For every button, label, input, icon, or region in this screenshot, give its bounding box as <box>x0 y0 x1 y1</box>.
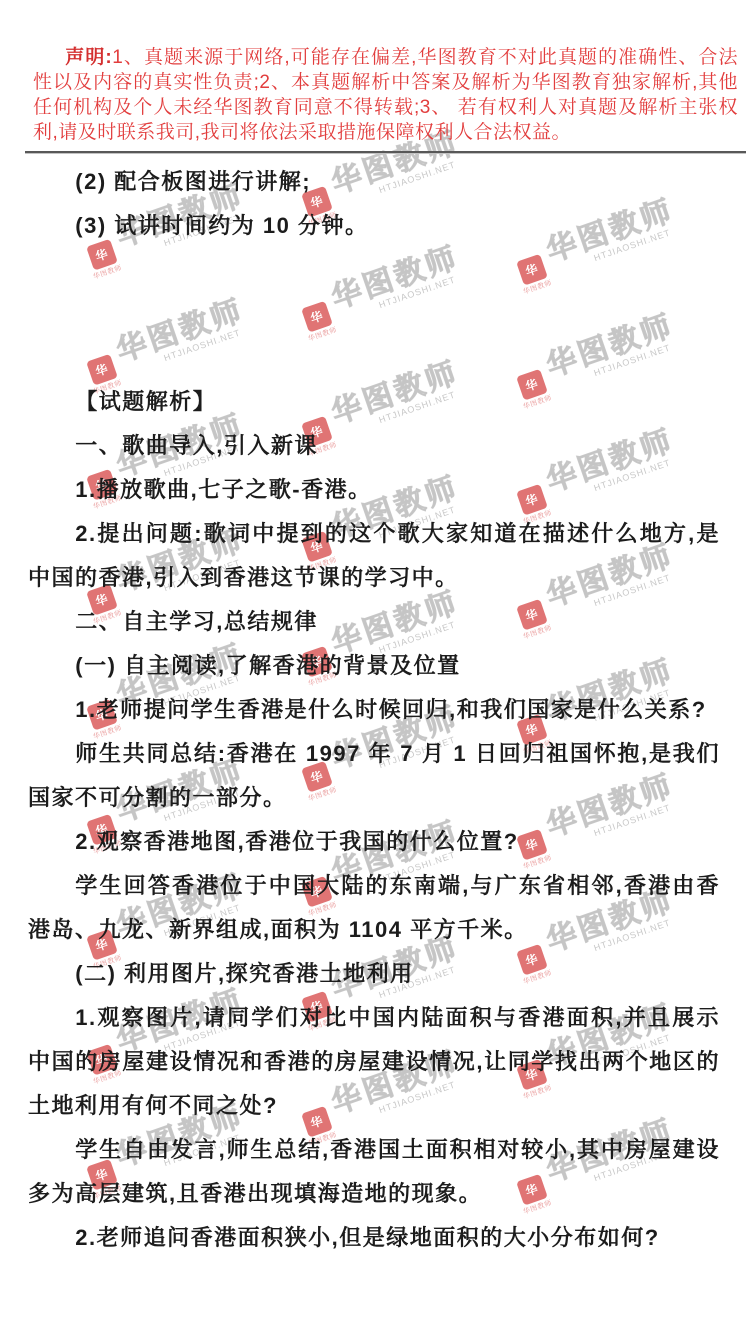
document-page: 华华图教师华图教师HTJIAOSHI.NET华华图教师华图教师HTJIAOSHI… <box>0 0 748 1335</box>
body-paragraph: (一) 自主阅读,了解香港的背景及位置 <box>28 644 720 688</box>
body-paragraph: 二、自主学习,总结规律 <box>28 600 720 644</box>
body-paragraph: 学生回答香港位于中国大陆的东南端,与广东省相邻,香港由香港岛、九龙、新界组成,面… <box>28 864 720 952</box>
disclaimer: 声明:1、真题来源于网络,可能存在偏差,华图教育不对此真题的准确性、合法性以及内… <box>33 0 738 145</box>
body-paragraph: 2.提出问题:歌词中提到的这个歌大家知道在描述什么地方,是中国的香港,引入到香港… <box>28 512 720 600</box>
body-paragraph: 学生自由发言,师生总结,香港国土面积相对较小,其中房屋建设多为高层建筑,且香港出… <box>28 1128 720 1216</box>
document-body: (2) 配合板图进行讲解;(3) 试讲时间约为 10 分钟。【试题解析】一、歌曲… <box>28 154 720 1260</box>
body-paragraph: (2) 配合板图进行讲解; <box>28 160 720 204</box>
body-paragraph: (二) 利用图片,探究香港土地利用 <box>28 952 720 996</box>
body-paragraph: 1.观察图片,请同学们对比中国内陆面积与香港面积,并且展示中国的房屋建设情况和香… <box>28 996 720 1128</box>
body-paragraph: 2.观察香港地图,香港位于我国的什么位置? <box>28 820 720 864</box>
body-paragraph: 1.老师提问学生香港是什么时候回归,和我们国家是什么关系? <box>28 688 720 732</box>
disclaimer-label: 声明: <box>65 47 112 68</box>
body-paragraph: 【试题解析】 <box>28 380 720 424</box>
disclaimer-text: 1、真题来源于网络,可能存在偏差,华图教育不对此真题的准确性、合法性以及内容的真… <box>33 47 738 143</box>
body-paragraph: 师生共同总结:香港在 1997 年 7 月 1 日回归祖国怀抱,是我们国家不可分… <box>28 732 720 820</box>
body-paragraph: 一、歌曲导入,引入新课 <box>28 424 720 468</box>
paragraph-gap <box>28 248 720 380</box>
body-paragraph: 1.播放歌曲,七子之歌-香港。 <box>28 468 720 512</box>
body-paragraph: 2.老师追问香港面积狭小,但是绿地面积的大小分布如何? <box>28 1216 720 1260</box>
body-paragraph: (3) 试讲时间约为 10 分钟。 <box>28 204 720 248</box>
